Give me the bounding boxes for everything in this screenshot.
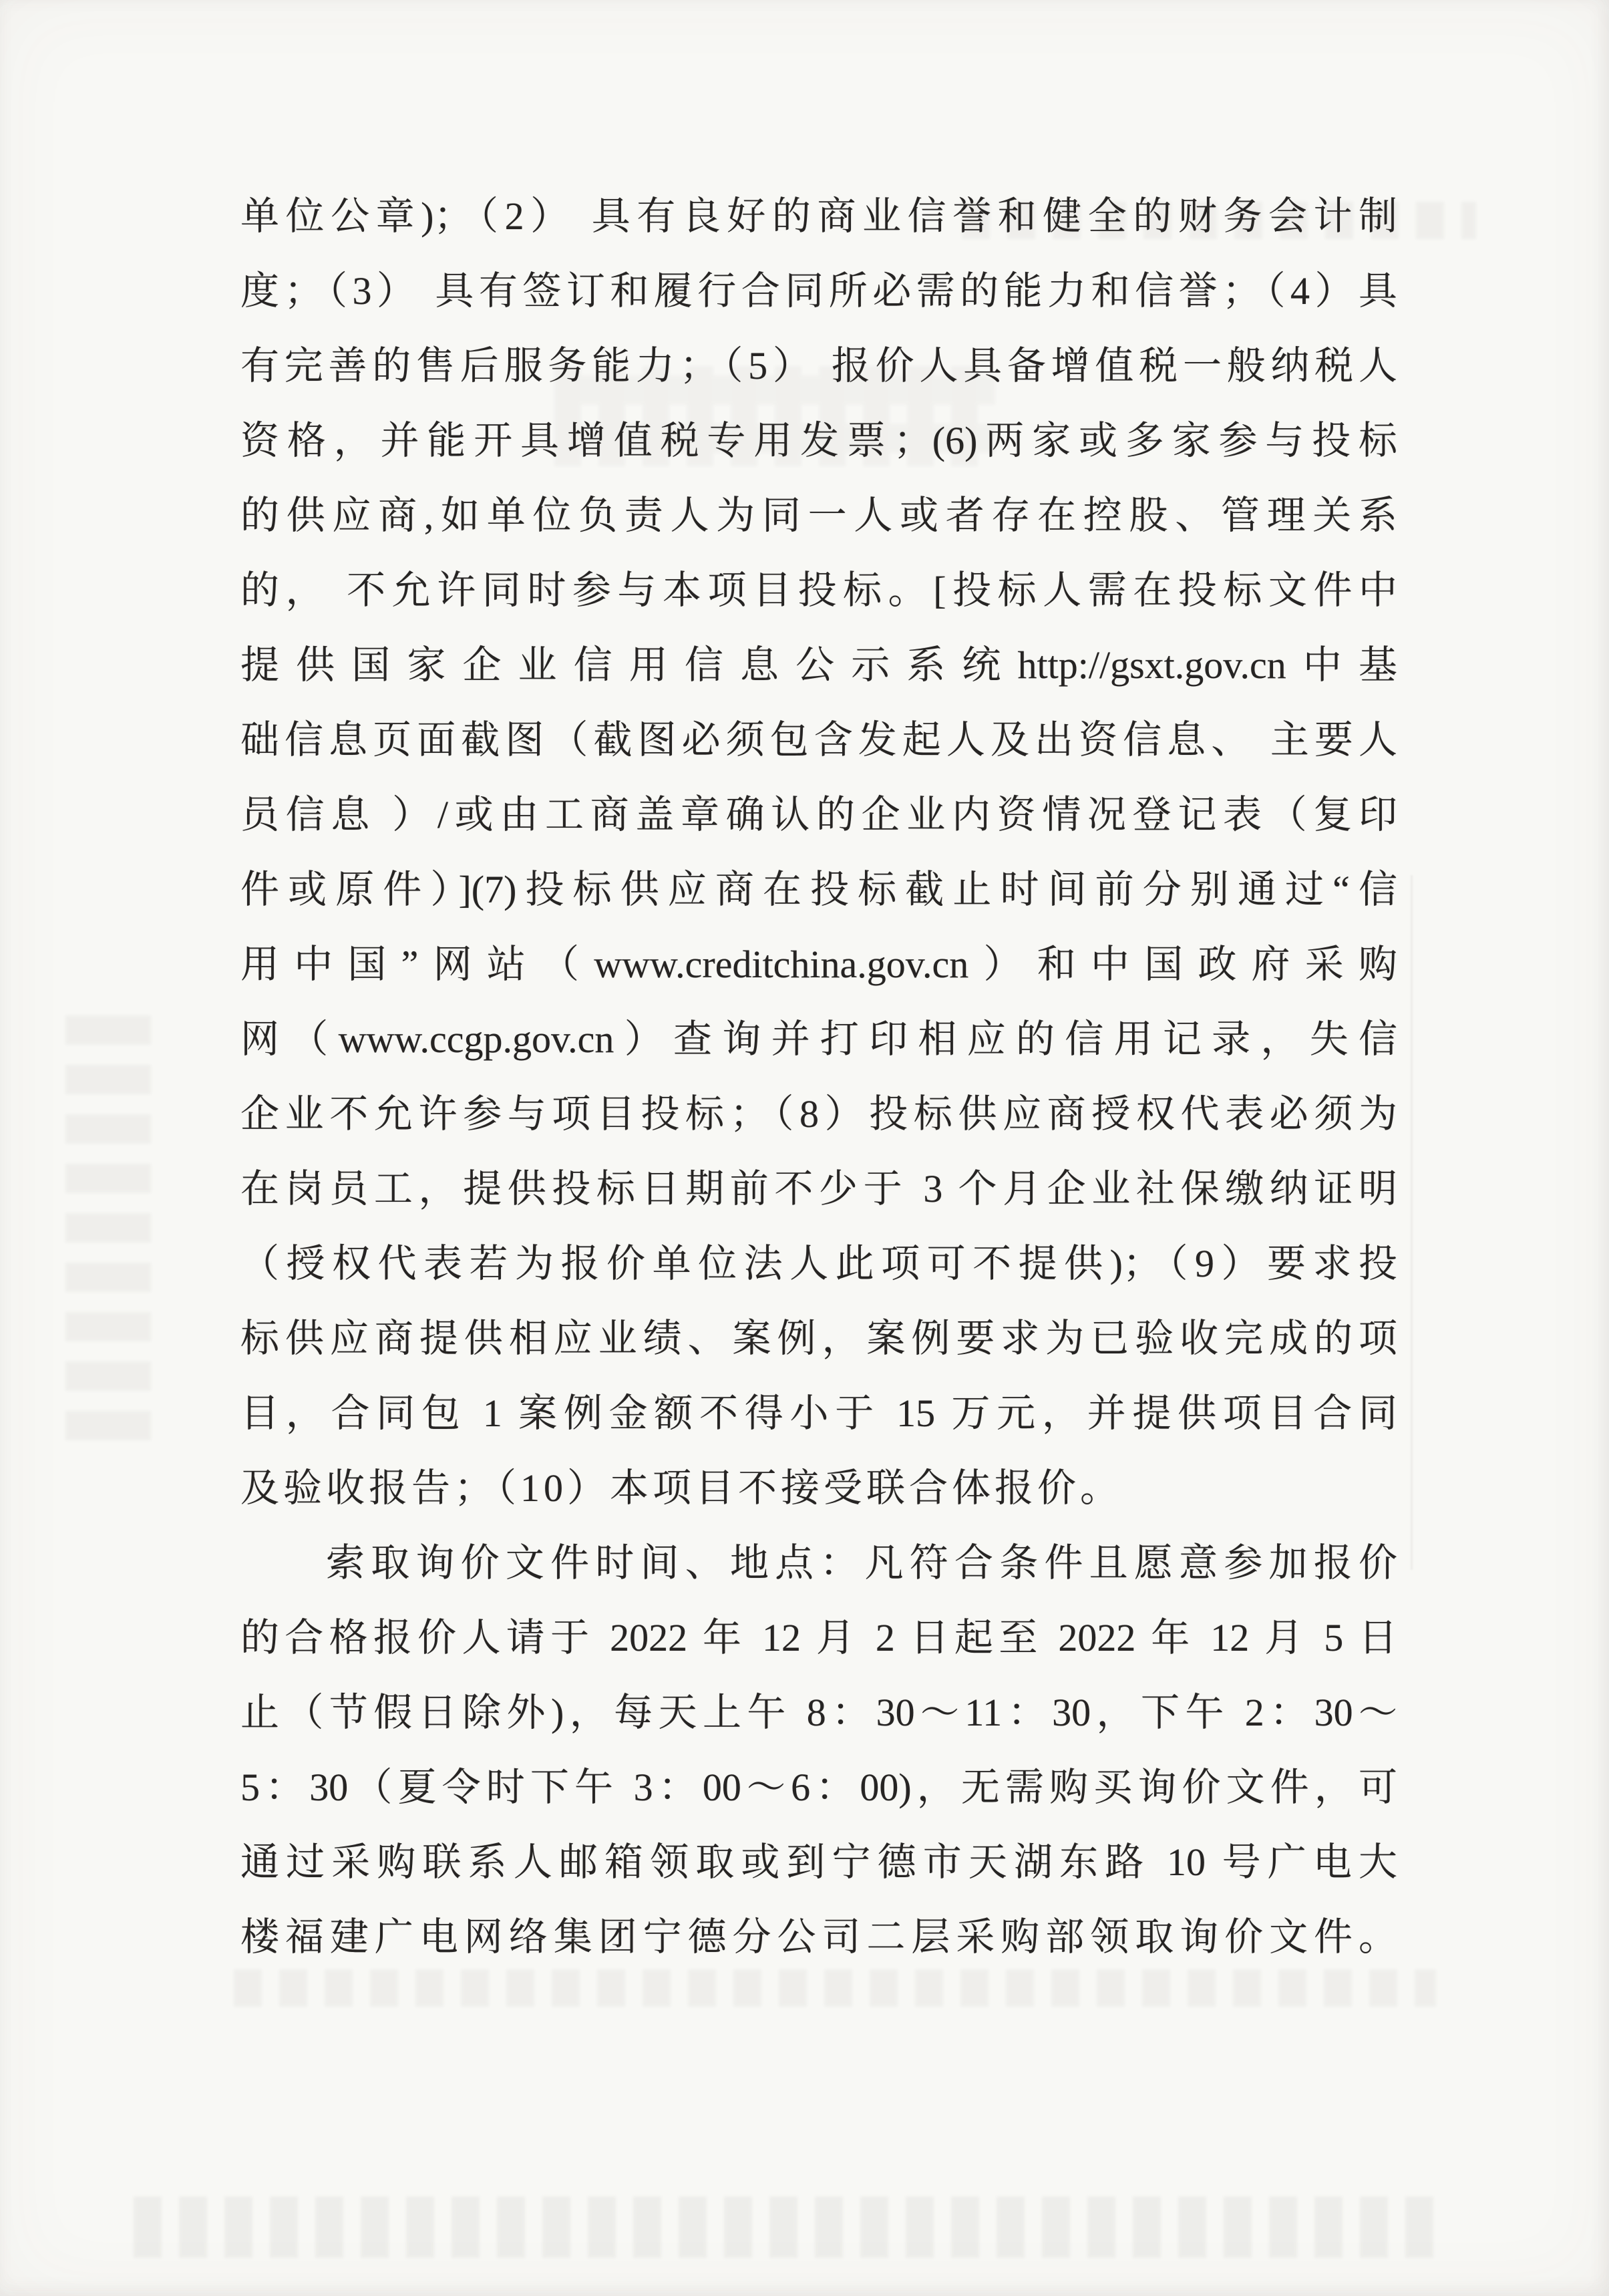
text-line: 网（www.ccgp.gov.cn）查询并打印相应的信用记录，失信 (240, 1002, 1397, 1077)
text-line: 5：30（夏令时下午 3：00～6：00)，无需购买询价文件，可 (240, 1750, 1397, 1825)
text-line: 有完善的售后服务能力；（5） 报价人具备增值税一般纳税人 (240, 329, 1397, 403)
text-line: 止（节假日除外)，每天上午 8：30～11：30，下午 2：30～ (240, 1675, 1397, 1750)
bleed-through-artifact (134, 2196, 1436, 2258)
text-line: 员信息 ）/或由工商盖章确认的企业内资情况登记表（复印 (240, 778, 1397, 852)
bleed-through-artifact (234, 1969, 1436, 2007)
scanned-document-page: 单位公章)；（2） 具有良好的商业信誉和健全的财务会计制度；（3） 具有签订和履… (0, 0, 1609, 2296)
text-line: 楼福建广电网络集团宁德分公司二层采购部领取询价文件。 (240, 1900, 1397, 1975)
text-line: 标供应商提供相应业绩、案例，案例要求为已验收完成的项 (240, 1301, 1397, 1376)
text-line: 的合格报价人请于 2022 年 12 月 2 日起至 2022 年 12 月 5… (240, 1601, 1397, 1675)
text-line: 资格，并能开具增值税专用发票；(6)两家或多家参与投标 (240, 403, 1397, 478)
text-line: 度；（3） 具有签订和履行合同所必需的能力和信誉；（4）具 (240, 254, 1397, 329)
text-line: 件或原件）](7)投标供应商在投标截止时间前分别通过“信 (240, 852, 1397, 927)
text-line: 企业不允许参与项目投标；（8）投标供应商授权代表必须为 (240, 1077, 1397, 1152)
document-body: 单位公章)；（2） 具有良好的商业信誉和健全的财务会计制度；（3） 具有签订和履… (240, 179, 1397, 1975)
text-line: 通过采购联系人邮箱领取或到宁德市天湖东路 10 号广电大 (240, 1825, 1397, 1900)
text-line: 索取询价文件时间、地点：凡符合条件且愿意参加报价 (240, 1526, 1397, 1601)
bleed-through-artifact (1411, 875, 1413, 1570)
bleed-through-artifact (65, 1015, 151, 1443)
text-line: 提供国家企业信用信息公示系统http://gsxt.gov.cn中基 (240, 628, 1397, 703)
text-line: 目，合同包 1 案例金额不得小于 15 万元，并提供项目合同 (240, 1376, 1397, 1451)
text-line: 用中国”网站（www.creditchina.gov.cn）和中国政府采购 (240, 927, 1397, 1002)
text-line: 单位公章)；（2） 具有良好的商业信誉和健全的财务会计制 (240, 179, 1397, 254)
text-line: 础信息页面截图（截图必须包含发起人及出资信息、 主要人 (240, 703, 1397, 778)
text-line: （授权代表若为报价单位法人此项可不提供)；（9）要求投 (240, 1226, 1397, 1301)
text-line: 及验收报告；（10）本项目不接受联合体报价。 (240, 1451, 1397, 1526)
text-line: 在岗员工，提供投标日期前不少于 3 个月企业社保缴纳证明 (240, 1152, 1397, 1226)
text-line: 的供应商,如单位负责人为同一人或者存在控股、管理关系 (240, 478, 1397, 553)
text-line: 的， 不允许同时参与本项目投标。[投标人需在投标文件中 (240, 553, 1397, 628)
